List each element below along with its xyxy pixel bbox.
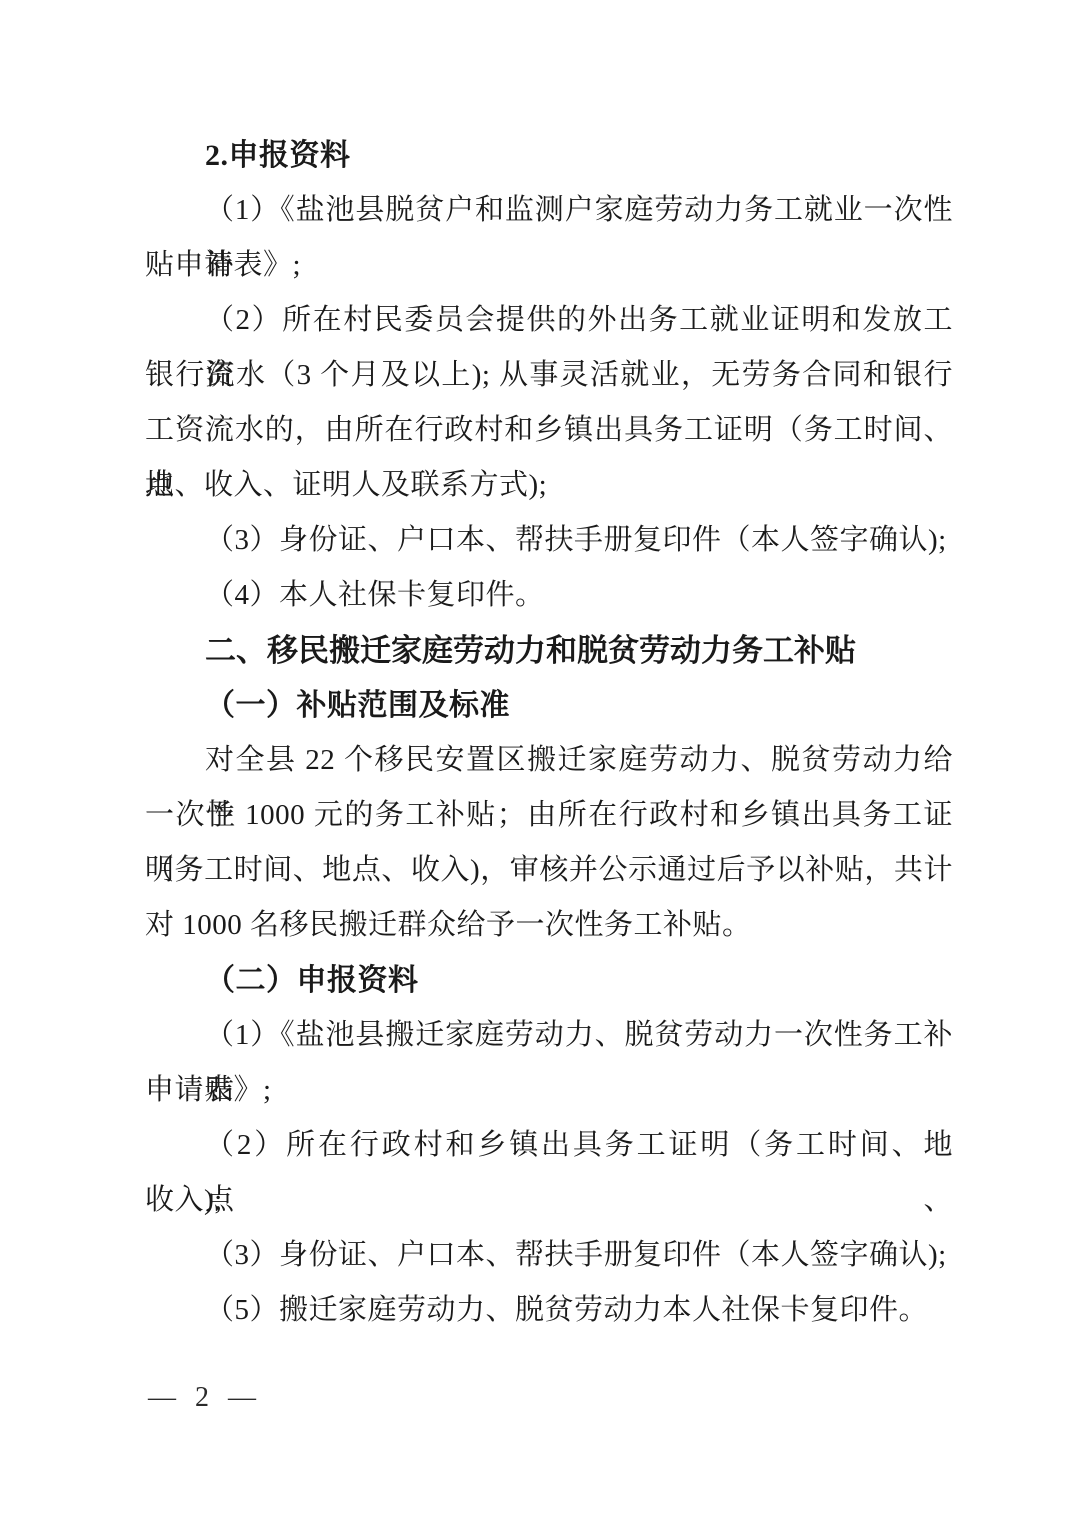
text-line: 对全县 22 个移民安置区搬迁家庭劳动力、脱贫劳动力给予 — [145, 733, 953, 788]
text-line: （5）搬迁家庭劳动力、脱贫劳动力本人社保卡复印件。 — [145, 1283, 953, 1338]
text-line: 2.申报资料 — [145, 128, 953, 183]
text-line: （1）《盐池县搬迁家庭劳动力、脱贫劳动力一次性务工补贴 — [145, 1008, 953, 1063]
text-line: （2）所在村民委员会提供的外出务工就业证明和发放工资 — [145, 293, 953, 348]
text-line: （1）《盐池县脱贫户和监测户家庭劳动力务工就业一次性补 — [145, 183, 953, 238]
text-line: 二、移民搬迁家庭劳动力和脱贫劳动力务工补贴 — [145, 623, 953, 678]
page-number: — 2 — — [148, 1382, 262, 1414]
text-line: 工资流水的，由所在行政村和乡镇出具务工证明（务工时间、地 — [145, 403, 953, 458]
document-body: 2.申报资料（1）《盐池县脱贫户和监测户家庭劳动力务工就业一次性补贴申请表》;（… — [145, 128, 953, 1338]
text-line: （务工时间、地点、收入)，审核并公示通过后予以补贴，共计 — [145, 843, 953, 898]
text-line: 点、收入、证明人及联系方式); — [145, 458, 953, 513]
text-line: （3）身份证、户口本、帮扶手册复印件（本人签字确认); — [145, 1228, 953, 1283]
text-line: （2）所在行政村和乡镇出具务工证明（务工时间、地点、 — [145, 1118, 953, 1173]
text-line: 对 1000 名移民搬迁群众给予一次性务工补贴。 — [145, 898, 953, 953]
text-line: （二）申报资料 — [145, 953, 953, 1008]
text-line: 一次性 1000 元的务工补贴；由所在行政村和乡镇出具务工证明 — [145, 788, 953, 843]
text-line: （3）身份证、户口本、帮扶手册复印件（本人签字确认); — [145, 513, 953, 568]
text-line: 申请表》; — [145, 1063, 953, 1118]
text-line: （4）本人社保卡复印件。 — [145, 568, 953, 623]
text-line: 银行流水（3 个月及以上); 从事灵活就业，无劳务合同和银行 — [145, 348, 953, 403]
document-page: 2.申报资料（1）《盐池县脱贫户和监测户家庭劳动力务工就业一次性补贴申请表》;（… — [0, 0, 1074, 1520]
text-line: 贴申请表》; — [145, 238, 953, 293]
text-line: （一）补贴范围及标准 — [145, 678, 953, 733]
